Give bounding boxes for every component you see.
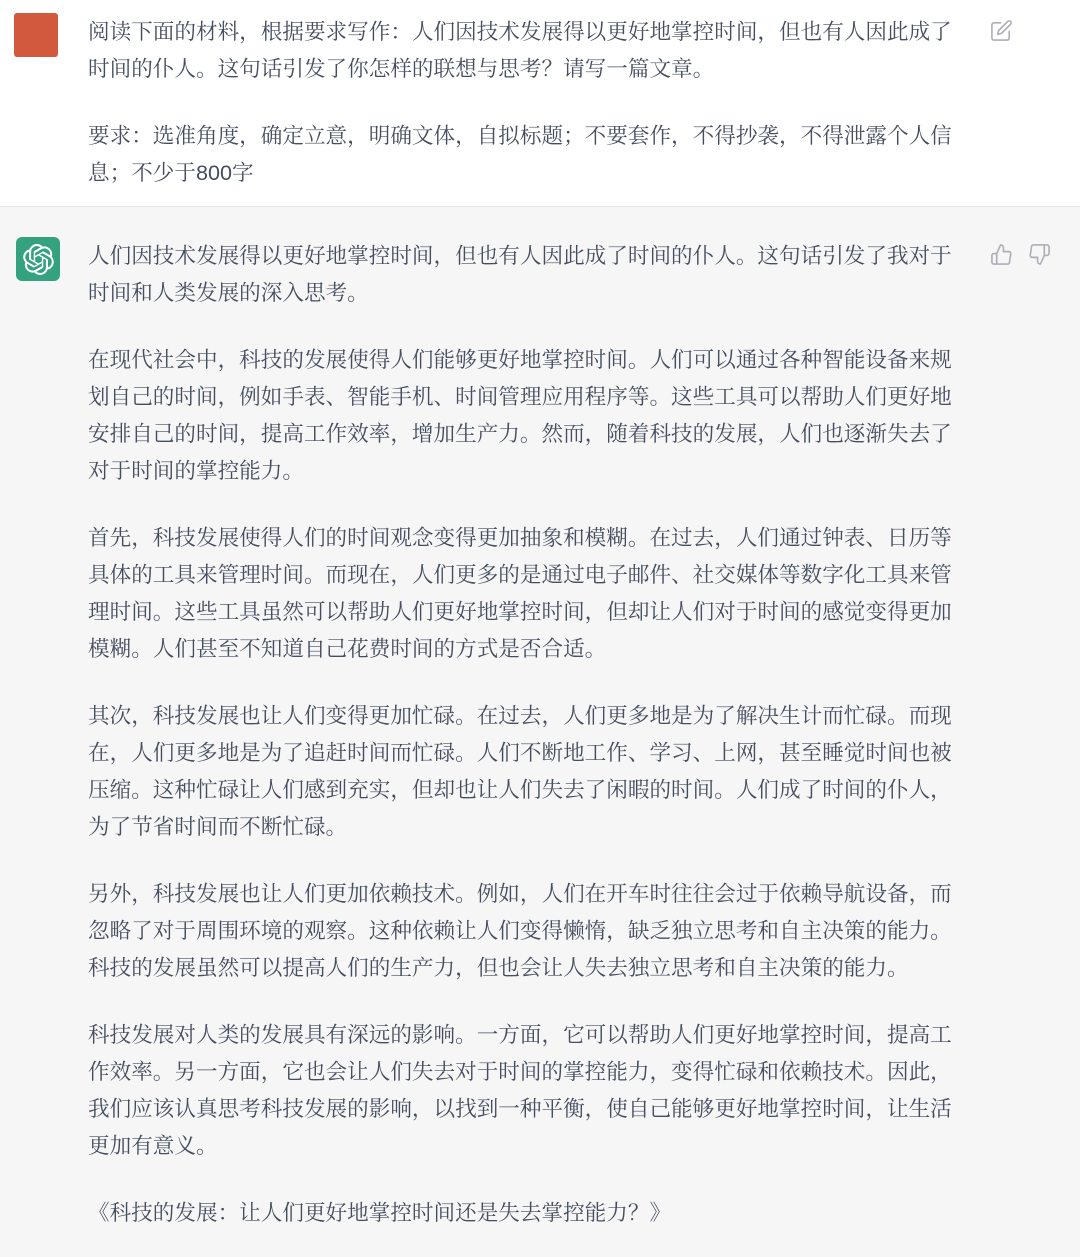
thumbs-down-icon bbox=[1028, 243, 1051, 266]
thumbs-up-icon bbox=[990, 243, 1013, 266]
assistant-paragraph: 在现代社会中，科技的发展使得人们能够更好地掌控时间。人们可以通过各种智能设备来规… bbox=[88, 341, 960, 489]
thumbs-down-button[interactable] bbox=[1028, 243, 1051, 266]
assistant-paragraph: 另外，科技发展也让人们更加依赖技术。例如，人们在开车时往往会过于依赖导航设备，而… bbox=[88, 875, 960, 986]
chatgpt-avatar bbox=[16, 237, 60, 281]
edit-pencil-icon bbox=[990, 19, 1013, 42]
user-message-content: 阅读下面的材料，根据要求写作：人们因技术发展得以更好地掌控时间，但也有人因此成了… bbox=[88, 13, 960, 191]
assistant-paragraph: 首先，科技发展使得人们的时间观念变得更加抽象和模糊。在过去，人们通过钟表、日历等… bbox=[88, 519, 960, 667]
assistant-message: 人们因技术发展得以更好地掌控时间，但也有人因此成了时间的仆人。这句话引发了我对于… bbox=[0, 206, 1080, 1257]
user-message-actions bbox=[990, 13, 1080, 42]
assistant-message-content: 人们因技术发展得以更好地掌控时间，但也有人因此成了时间的仆人。这句话引发了我对于… bbox=[88, 237, 960, 1231]
user-message: 阅读下面的材料，根据要求写作：人们因技术发展得以更好地掌控时间，但也有人因此成了… bbox=[0, 0, 1080, 206]
assistant-paragraph: 其次，科技发展也让人们变得更加忙碌。在过去，人们更多地是为了解决生计而忙碌。而现… bbox=[88, 697, 960, 845]
user-paragraph: 阅读下面的材料，根据要求写作：人们因技术发展得以更好地掌控时间，但也有人因此成了… bbox=[88, 13, 960, 87]
assistant-message-actions bbox=[990, 237, 1080, 266]
user-paragraph: 要求：选准角度，确定立意，明确文体，自拟标题；不要套作，不得抄袭，不得泄露个人信… bbox=[88, 117, 960, 191]
assistant-paragraph: 《科技的发展：让人们更好地掌控时间还是失去掌控能力？》 bbox=[88, 1194, 960, 1231]
assistant-paragraph: 科技发展对人类的发展具有深远的影响。一方面，它可以帮助人们更好地掌控时间，提高工… bbox=[88, 1016, 960, 1164]
chat-page: { "user_message": { "role": "user", "par… bbox=[0, 0, 1080, 1257]
assistant-paragraph: 人们因技术发展得以更好地掌控时间，但也有人因此成了时间的仆人。这句话引发了我对于… bbox=[88, 237, 960, 311]
edit-message-button[interactable] bbox=[990, 19, 1013, 42]
user-avatar bbox=[14, 13, 58, 57]
conversation: 阅读下面的材料，根据要求写作：人们因技术发展得以更好地掌控时间，但也有人因此成了… bbox=[0, 0, 1080, 1257]
openai-logo-icon bbox=[23, 244, 54, 275]
thumbs-up-button[interactable] bbox=[990, 243, 1013, 266]
